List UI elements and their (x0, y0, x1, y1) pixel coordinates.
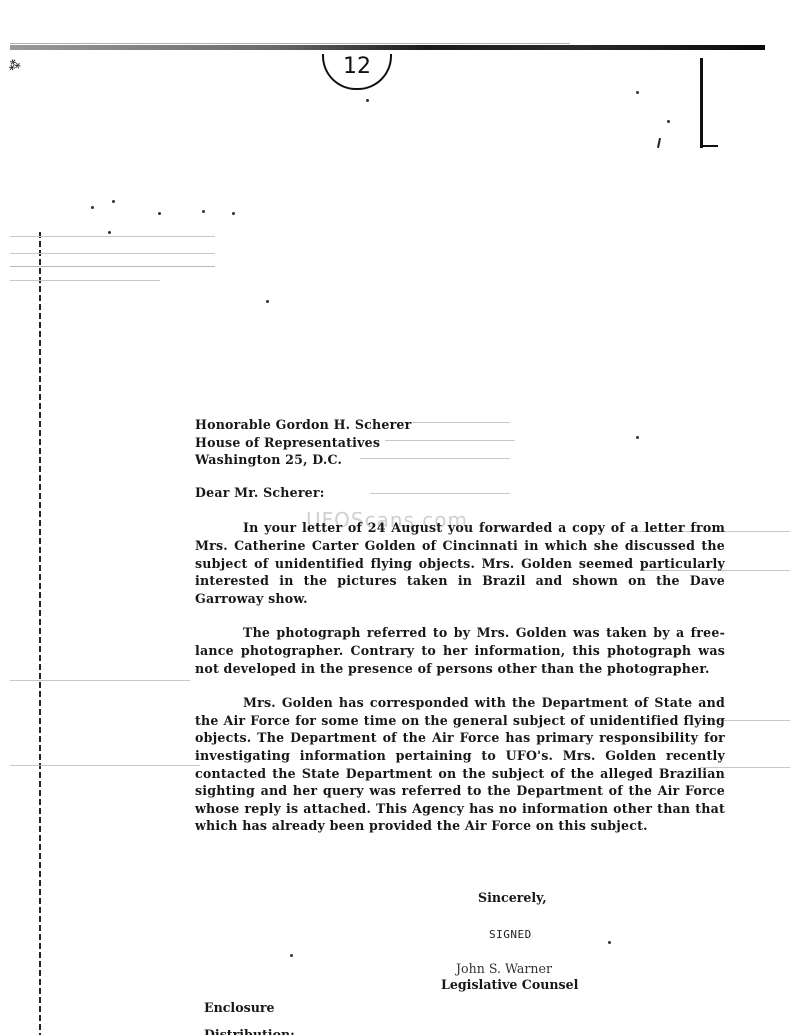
scan-speck (266, 300, 269, 303)
paragraph-1: In your letter of 24 August you forwarde… (195, 519, 725, 607)
scan-speck (232, 212, 235, 215)
scan-speck (636, 91, 639, 94)
scan-top-border (10, 45, 765, 50)
recipient-city: Washington 25, D.C. (195, 451, 725, 469)
scan-artifact-line (10, 253, 215, 254)
signed-stamp: SIGNED (489, 928, 532, 941)
scan-artifact-line (10, 680, 190, 681)
margin-bracket-line (700, 58, 703, 148)
closing: Sincerely, (478, 890, 547, 905)
recipient-office: House of Representatives (195, 434, 725, 452)
scan-speck (290, 954, 293, 957)
scan-artifact-line (10, 280, 160, 281)
pen-tick-mark (657, 138, 661, 148)
scan-edge-line (10, 43, 570, 44)
corner-scribble-mark: ⁂ (6, 56, 22, 73)
scan-speck (112, 200, 115, 203)
salutation: Dear Mr. Scherer: (195, 484, 725, 502)
scan-speck (108, 231, 111, 234)
scan-artifact-line (10, 765, 200, 766)
scan-artifact-line (10, 266, 215, 267)
scan-artifact-line (10, 236, 215, 237)
recipient-name: Honorable Gordon H. Scherer (195, 416, 725, 434)
signer-name: John S. Warner (456, 961, 552, 976)
scan-speck (667, 120, 670, 123)
paragraph-2: The photograph referred to by Mrs. Golde… (195, 624, 725, 677)
scan-speck (608, 941, 611, 944)
scan-speck (366, 99, 369, 102)
signer-title: Legislative Counsel (441, 977, 578, 992)
left-margin-rule (39, 232, 41, 1035)
distribution-note-cut-off: Distribution: (204, 1028, 314, 1035)
margin-bracket-foot (700, 145, 718, 147)
recipient-address: Honorable Gordon H. Scherer House of Rep… (195, 416, 725, 469)
scan-speck (202, 210, 205, 213)
enclosure-note: Enclosure (204, 1000, 275, 1015)
paragraph-3: Mrs. Golden has corresponded with the De… (195, 694, 725, 835)
scan-speck (158, 212, 161, 215)
scan-speck (91, 206, 94, 209)
letter-body: Honorable Gordon H. Scherer House of Rep… (195, 416, 725, 835)
circled-page-number: 12 (322, 54, 392, 90)
